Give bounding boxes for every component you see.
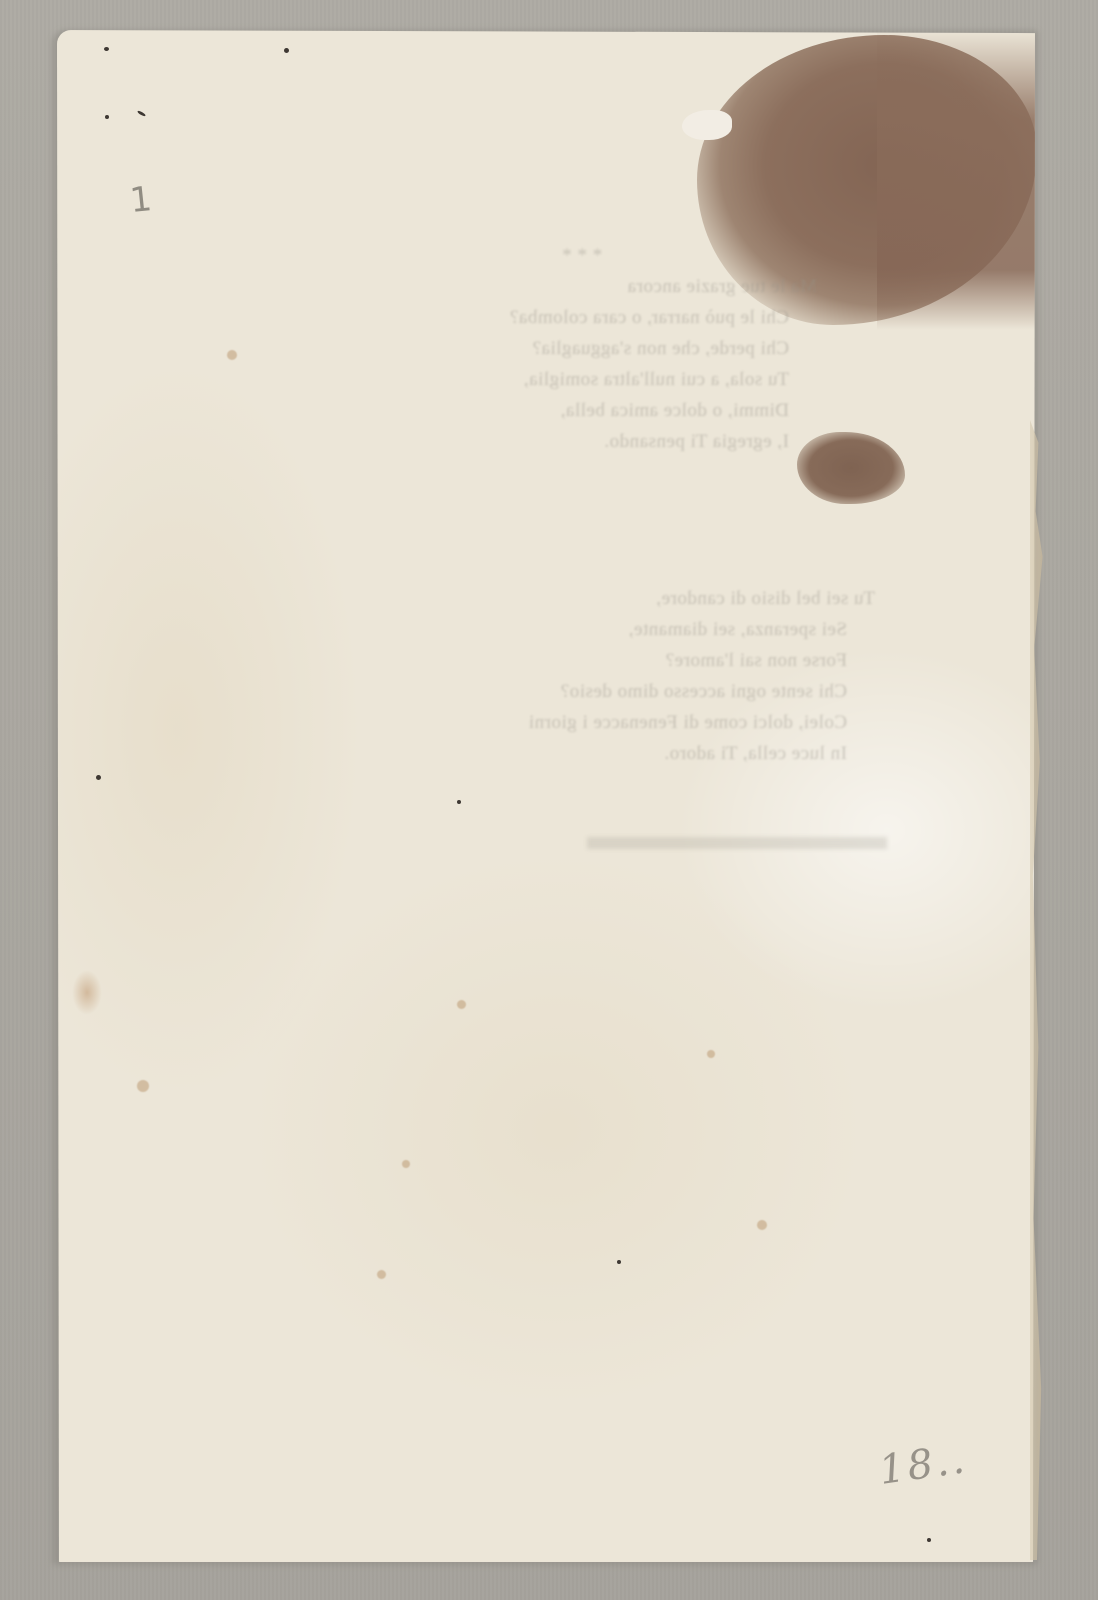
debris-dot [137, 110, 146, 117]
foxing-spot [457, 1000, 466, 1009]
bleed-through-signature [587, 837, 887, 849]
bleed-line: In luce cella, Ti adoro. [355, 738, 875, 769]
debris-dot [927, 1538, 931, 1542]
foxing-spot [137, 1080, 149, 1092]
paper-page: * * * Ma le tue grazie ancora Chi le può… [57, 30, 1035, 1562]
bleed-line: Forse non sai l'amore? [355, 645, 875, 676]
bleed-line: I, egregia Ti pensando. [347, 426, 817, 457]
debris-dot [104, 47, 109, 51]
debris-dot [617, 1260, 621, 1264]
debris-dot [105, 115, 109, 119]
bleed-line: Tu sola, a cui null'altra somiglia, [347, 364, 817, 395]
bleed-through-title: * * * [347, 240, 817, 271]
bleed-line: Chi sente ogni accesso dimo desio? [355, 676, 875, 707]
bleed-line: Colei, dolci come di Fenenacce i giorni [355, 707, 875, 738]
bleed-line: Sei speranza, sei diamante, [355, 614, 875, 645]
foxing-spot [757, 1220, 767, 1230]
bleed-through-stanza-2: Tu sei bel disio di candore, Sei speranz… [355, 583, 875, 769]
foxing-spot-left [72, 970, 102, 1015]
foxing-spot [377, 1270, 386, 1279]
debris-dot [457, 800, 461, 804]
debris-dot [284, 48, 289, 53]
bleed-line: Chi le può narrar, o cara colomba? [347, 302, 817, 333]
paper-tear [682, 110, 732, 140]
bleed-line: Tu sei bel disio di candore, [355, 583, 875, 614]
pencil-mark-top-left: 1 [128, 179, 154, 221]
bleed-line: Chi perde, che non s'agguaglia? [347, 333, 817, 364]
foxing-spot [402, 1160, 410, 1168]
pencil-date-annotation: 18.. [876, 1436, 970, 1494]
debris-dot [96, 775, 101, 780]
bleed-through-stanza-1: * * * Ma le tue grazie ancora Chi le può… [347, 240, 817, 457]
foxing-spot [707, 1050, 715, 1058]
bleed-line: Ma le tue grazie ancora [347, 271, 817, 302]
water-stain-corner [877, 30, 1037, 330]
bleed-line: Dimmi, o dolce amica bella, [347, 395, 817, 426]
foxing-spot [227, 350, 237, 360]
